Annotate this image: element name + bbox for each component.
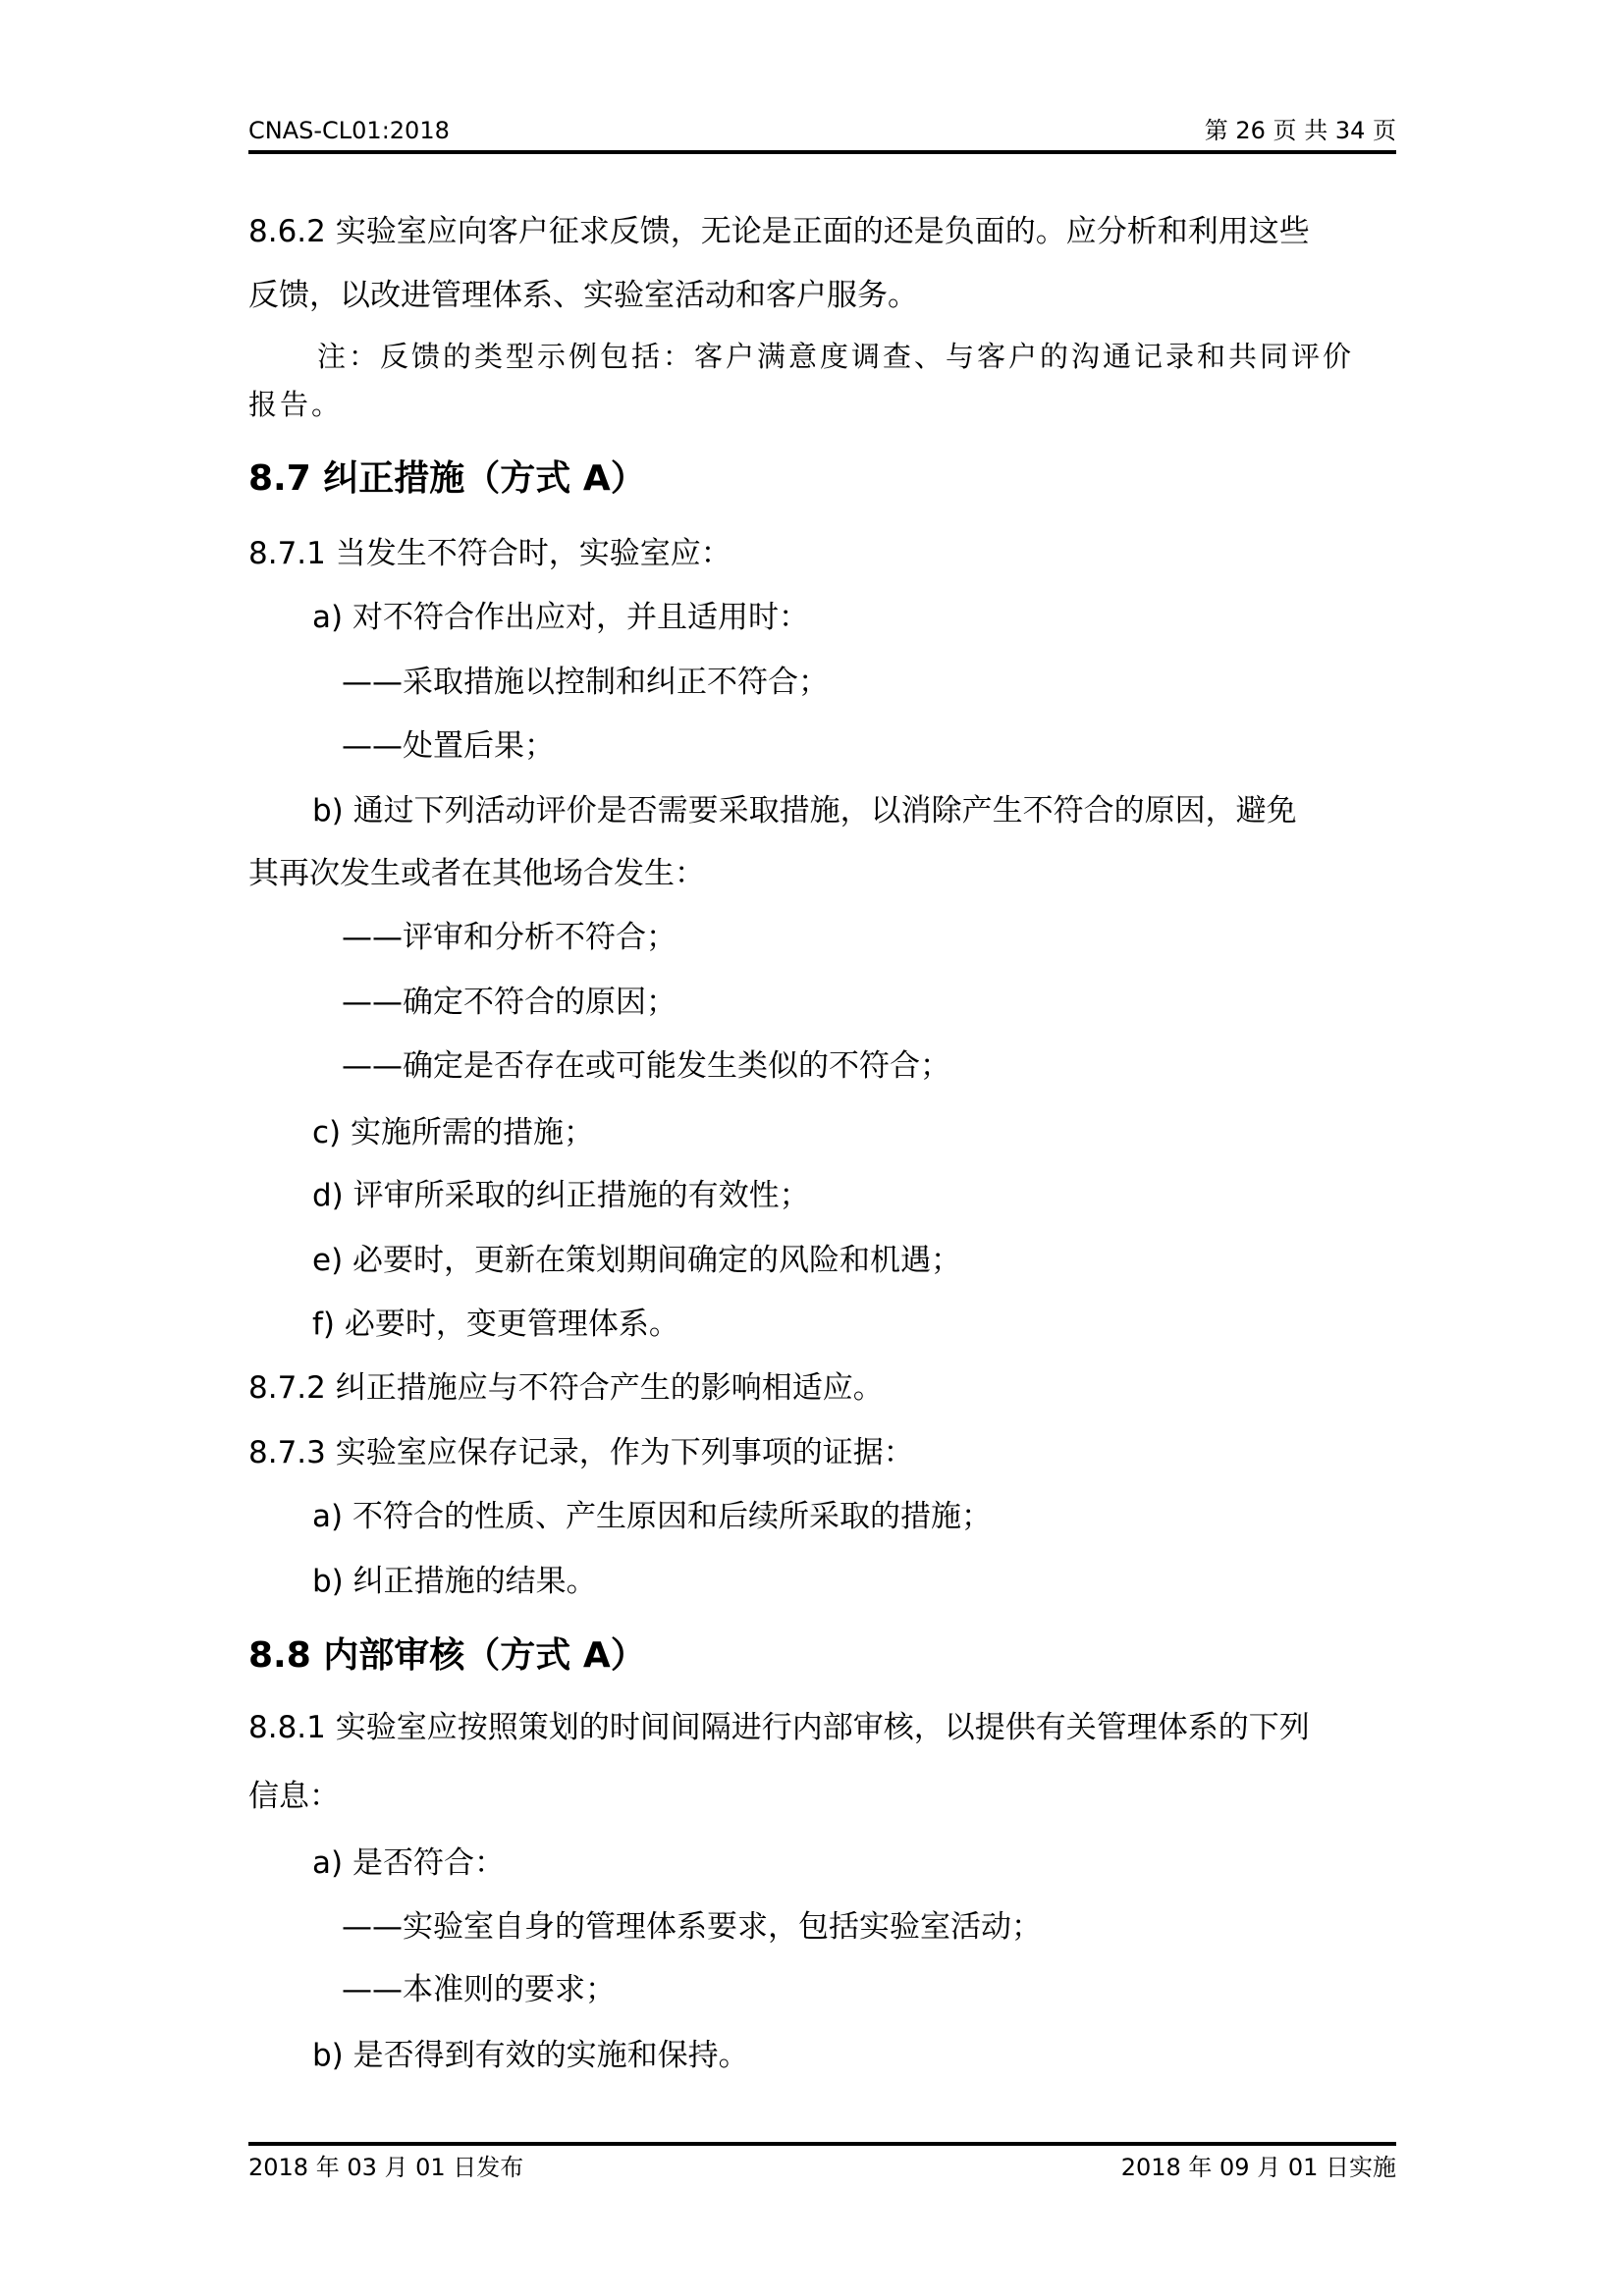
clause-8-8-1-b: b) 是否得到有效的实施和保持。 bbox=[312, 2036, 749, 2075]
clause-8-6-2-line1: 8.6.2 实验室应向客户征求反馈，无论是正面的还是负面的。应分析和利用这些 bbox=[248, 212, 1310, 251]
note-line1: 注：反馈的类型示例包括：客户满意度调查、与客户的沟通记录和共同评价 bbox=[317, 337, 1354, 376]
document-id: CNAS-CL01:2018 bbox=[248, 116, 450, 145]
section-heading-8-7: 8.7 纠正措施（方式 A） bbox=[248, 457, 646, 501]
clause-8-7-2: 8.7.2 纠正措施应与不符合产生的影响相适应。 bbox=[248, 1368, 884, 1408]
clause-8-7-3-a: a) 不符合的性质、产生原因和后续所采取的措施； bbox=[312, 1497, 992, 1536]
clause-8-7-1-f: f) 必要时，变更管理体系。 bbox=[312, 1305, 679, 1344]
clause-8-7-1-b-dash2: ——确定不符合的原因； bbox=[342, 983, 677, 1022]
clause-8-8-1-a-dash1: ——实验室自身的管理体系要求，包括实验室活动； bbox=[342, 1907, 1042, 1947]
clause-8-7-1-b-line1: b) 通过下列活动评价是否需要采取措施，以消除产生不符合的原因，避免 bbox=[312, 791, 1297, 830]
clause-8-7-1-e: e) 必要时，更新在策划期间确定的风险和机遇； bbox=[312, 1241, 961, 1280]
clause-8-8-1-line1: 8.8.1 实验室应按照策划的时间间隔进行内部审核，以提供有关管理体系的下列 bbox=[248, 1708, 1310, 1747]
clause-8-8-1-line2: 信息： bbox=[248, 1777, 340, 1816]
clause-8-7-1-b-line2: 其再次发生或者在其他场合发生： bbox=[248, 854, 705, 893]
clause-8-7-1-b-dash3: ——确定是否存在或可能发生类似的不符合； bbox=[342, 1046, 950, 1086]
clause-8-7-1: 8.7.1 当发生不符合时，实验室应： bbox=[248, 534, 731, 573]
clause-8-8-1-a: a) 是否符合： bbox=[312, 1843, 505, 1883]
clause-8-7-1-a-dash2: ——处置后果； bbox=[342, 726, 555, 766]
clause-8-7-1-d: d) 评审所采取的纠正措施的有效性； bbox=[312, 1176, 810, 1215]
header-rule bbox=[248, 150, 1396, 154]
section-heading-8-8: 8.8 内部审核（方式 A） bbox=[248, 1634, 646, 1678]
clause-8-7-3: 8.7.3 实验室应保存记录，作为下列事项的证据： bbox=[248, 1433, 914, 1472]
page-number: 第 26 页 共 34 页 bbox=[1205, 116, 1396, 145]
footer-rule bbox=[248, 2142, 1396, 2146]
clause-8-6-2-line2: 反馈，以改进管理体系、实验室活动和客户服务。 bbox=[248, 276, 918, 315]
clause-8-7-3-b: b) 纠正措施的结果。 bbox=[312, 1562, 597, 1601]
issue-date: 2018 年 03 月 01 日发布 bbox=[248, 2153, 523, 2182]
clause-8-7-1-a: a) 对不符合作出应对，并且适用时： bbox=[312, 598, 809, 637]
clause-8-7-1-a-dash1: ——采取措施以控制和纠正不符合； bbox=[342, 663, 829, 702]
effective-date: 2018 年 09 月 01 日实施 bbox=[1121, 2153, 1396, 2182]
note-line2: 报告。 bbox=[248, 385, 343, 424]
clause-8-8-1-a-dash2: ——本准则的要求； bbox=[342, 1970, 616, 2009]
clause-8-7-1-c: c) 实施所需的措施； bbox=[312, 1113, 594, 1152]
clause-8-7-1-b-dash1: ——评审和分析不符合； bbox=[342, 918, 677, 957]
